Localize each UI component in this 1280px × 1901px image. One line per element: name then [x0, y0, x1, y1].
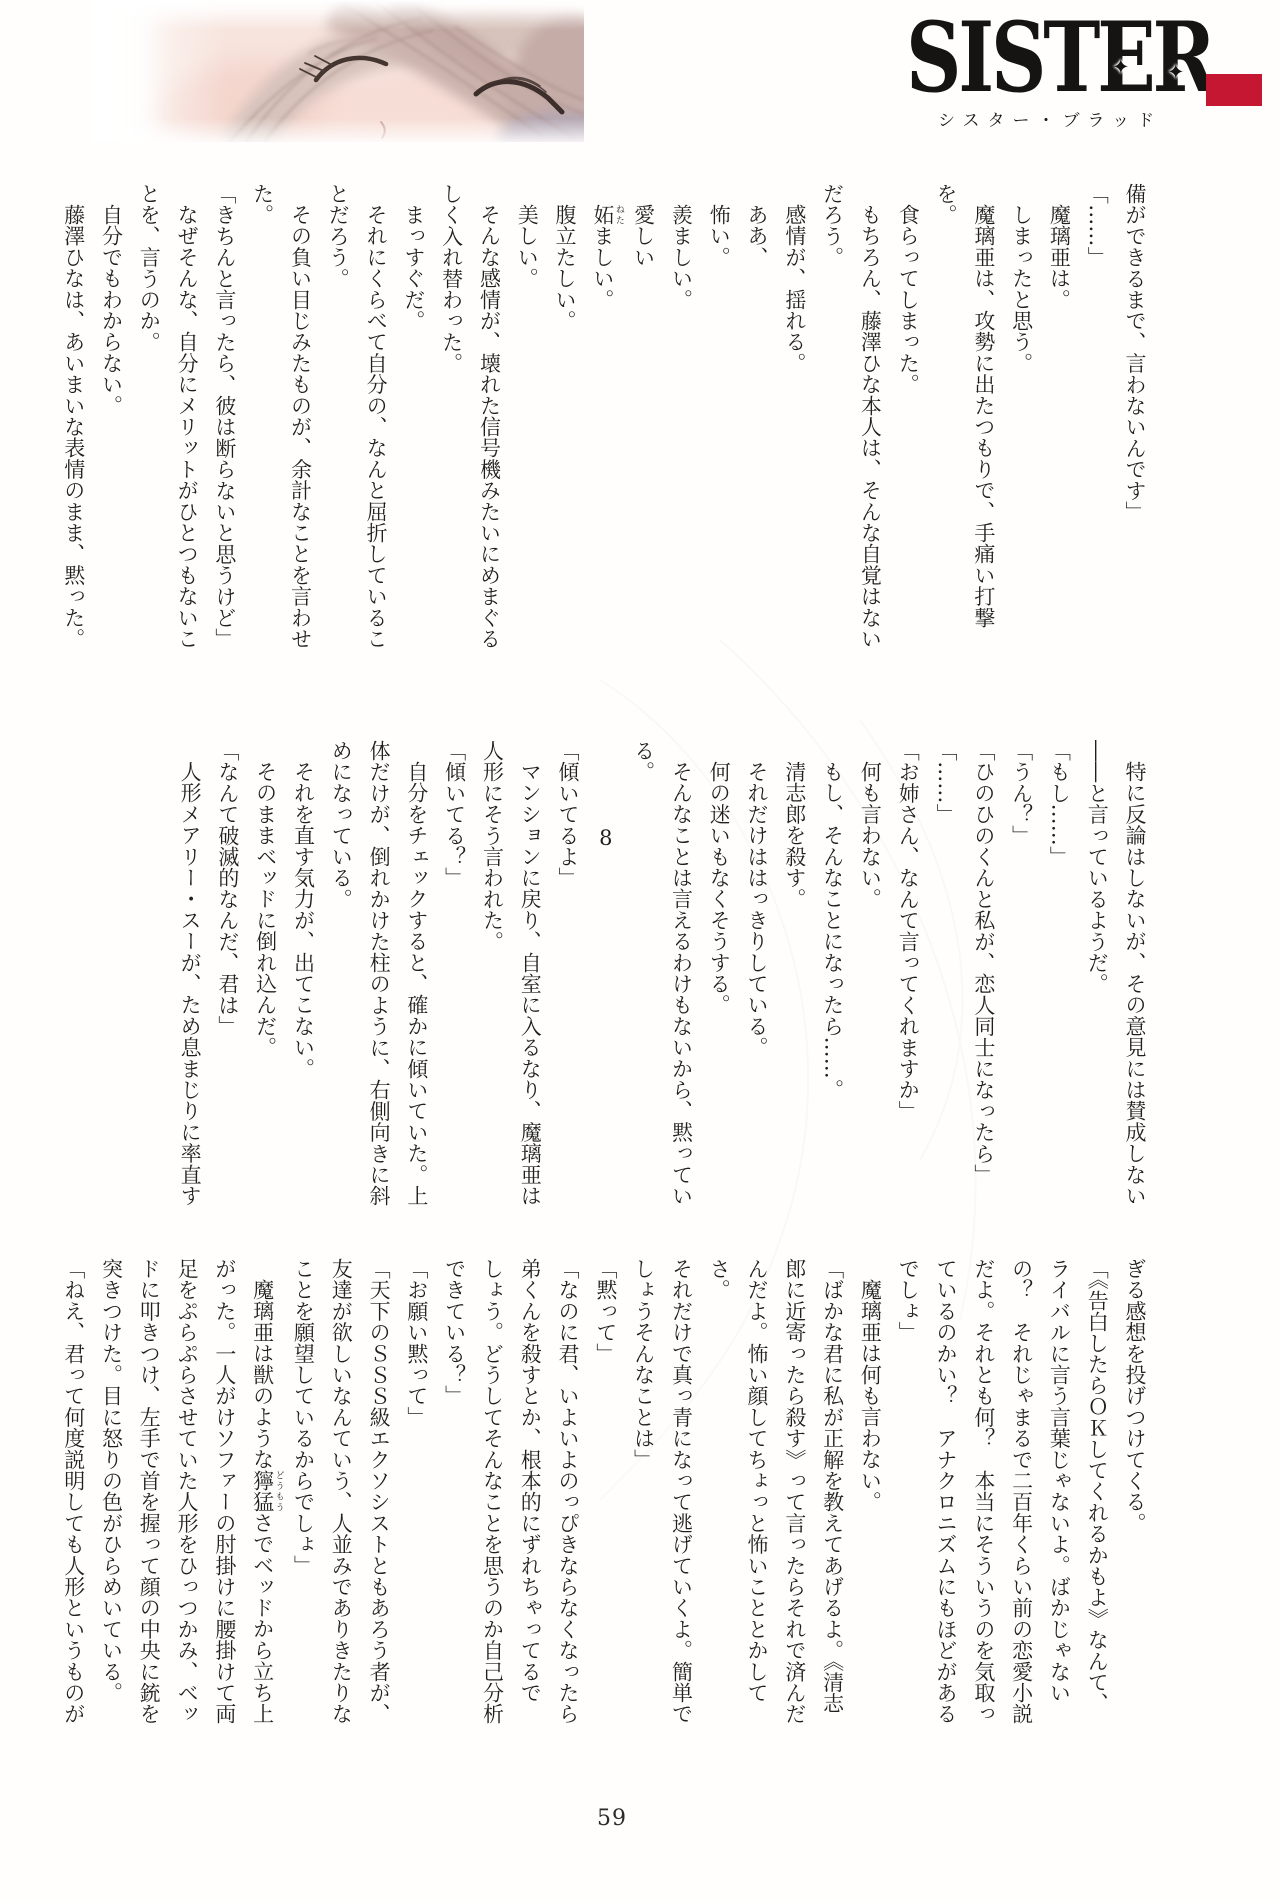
text-column: それを直す気力が、出てこない。 — [284, 740, 322, 1208]
text-column: 「きちんと言ったら、彼は断らないと思うけど」 — [205, 183, 243, 651]
text-column: ているのかい？ アナクロニズムにもほどがある — [926, 1258, 964, 1726]
text-column: 清志郎を殺す。 — [775, 740, 813, 1208]
text-column: 自分でもわからない。 — [92, 183, 130, 651]
sparkle-icon: ✦ — [1167, 62, 1185, 83]
text-column: 妬ねたましい。 — [583, 183, 624, 651]
text-column: がった。一人がけソファーの肘掛けに腰掛けて両 — [205, 1258, 243, 1726]
text-column: でしょ」 — [888, 1258, 926, 1726]
text-column: 「ひのひのくんと私が、恋人同士になったら」 — [964, 740, 1002, 1208]
text-column: 足をぷらぷらさせていた人形をひっつかみ、ベッ — [167, 1258, 205, 1726]
text-column: その負い目じみたものが、余計なことを言わせ — [281, 183, 319, 651]
sparkle-icon: ✦ — [1112, 57, 1130, 78]
text-column: の？ それじゃまるで二百年くらい前の恋愛小説 — [1002, 1258, 1040, 1726]
text-column: だろう。 — [813, 183, 851, 651]
section-number: 8 — [586, 740, 624, 1208]
text-column: 感情が、揺れる。 — [775, 183, 813, 651]
text-column: 腹立たしい。 — [545, 183, 583, 651]
text-column: 弟くんを殺すとか、根本的にずれちゃってるで — [510, 1258, 548, 1726]
text-column: しょうそんなことは」 — [624, 1258, 662, 1726]
text-column: 「《告白したらＯＫしてくれるかもよ》なんて、 — [1077, 1258, 1115, 1726]
text-column: 美しい。 — [507, 183, 545, 651]
text-column: 「……」 — [1077, 183, 1115, 651]
text-column: んだよ。怖い顔してちょっと怖いこととかしてさ。 — [699, 1258, 775, 1726]
text-column: しょう。どうしてそんなことを思うのか自己分析 — [473, 1258, 511, 1726]
text-column: 郎に近寄ったら殺す》って言ったらそれで済んだ — [775, 1258, 813, 1726]
closed-eyes-face-image — [92, 0, 584, 142]
text-column: できている？」 — [435, 1258, 473, 1726]
text-column: そんなことは言えるわけもないから、黙ってい — [662, 740, 700, 1208]
text-column: だよ。それとも何？ 本当にそういうのを気取っ — [964, 1258, 1002, 1726]
text-column: もちろん、藤澤ひな本人は、そんな自覚はない — [851, 183, 889, 651]
text-column: 「うん？」 — [1002, 740, 1040, 1208]
text-column: マンションに戻り、自室に入るなり、魔璃亜は — [510, 740, 548, 1208]
text-band-3: ぎる感想を投げつけてくる。「《告白したらＯＫしてくれるかもよ》なんて、ライバルに… — [54, 1258, 1153, 1726]
accent-block — [1206, 74, 1262, 106]
text-column: 人形メアリー・スーが、ため息まじりに率直す — [170, 740, 208, 1208]
text-column: 「なんて破滅的なんだ、君は」 — [208, 740, 246, 1208]
text-column: 怖い。 — [699, 183, 737, 651]
text-column: 自分をチェックすると、確かに傾いていた。上 — [397, 740, 435, 1208]
text-band-1: 備ができるまで、言わないんです」「……」魔璃亜は。しまったと思う。魔璃亜は、攻勢… — [54, 183, 1153, 651]
logo-subtitle: シスター・ブラッド — [938, 106, 1162, 131]
text-column: 「……」 — [926, 740, 964, 1208]
text-column: めになっている。 — [321, 740, 359, 1208]
text-column: 「なのに君、いよいよのっぴきならなくなったら — [548, 1258, 586, 1726]
text-column: 「ねえ、君って何度説明しても人形というものが — [54, 1258, 92, 1726]
text-column: 備ができるまで、言わないんです」 — [1115, 183, 1153, 651]
text-column: ドに叩きつけ、左手で首を握って顔の中央に銃を — [129, 1258, 167, 1726]
text-column: しく入れ替わった。 — [432, 183, 470, 651]
book-page: SISTER ✦ ✦ シスター・ブラッド 備ができるまで、言わないんです」「……… — [0, 0, 1280, 1901]
text-column: る。 — [624, 740, 662, 1208]
text-column: とだろう。 — [318, 183, 356, 651]
text-band-2: 特に反論はしないが、その意見には賛成しない――と言っているようだ。「もし……」「… — [170, 740, 1153, 1208]
text-column: 「傾いてるよ」 — [548, 740, 586, 1208]
text-column: 何の迷いもなくそうする。 — [699, 740, 737, 1208]
text-column: 「ばかな君に私が正解を教えてあげるよ。《清志 — [813, 1258, 851, 1726]
text-column: そんな感情が、壊れた信号機みたいにめまぐる — [470, 183, 508, 651]
page-number: 59 — [597, 1806, 627, 1831]
text-column: なぜそんな、自分にメリットがひとつもないこ — [167, 183, 205, 651]
text-column: それだけで真っ青になって逃げていくよ。簡単で — [662, 1258, 700, 1726]
text-column: た。 — [243, 183, 281, 651]
text-column: もし、そんなことになったら……。 — [813, 740, 851, 1208]
text-column: 突きつけた。目に怒りの色がひらめいている。 — [92, 1258, 130, 1726]
header-illustration — [92, 0, 584, 142]
text-column: 何も言わない。 — [851, 740, 889, 1208]
text-column: そのままベッドに倒れ込んだ。 — [246, 740, 284, 1208]
text-column: 人形にそう言われた。 — [473, 740, 511, 1208]
text-column: 食らってしまった。 — [888, 183, 926, 651]
text-column: とを、言うのか。 — [129, 183, 167, 651]
text-column: 特に反論はしないが、その意見には賛成しない — [1115, 740, 1153, 1208]
text-column: 愛しい — [624, 183, 662, 651]
text-column: それにくらべて自分の、なんと屈折しているこ — [356, 183, 394, 651]
text-column: 「黙って」 — [586, 1258, 624, 1726]
text-column: 魔璃亜は、攻勢に出たつもりで、手痛い打撃を。 — [926, 183, 1002, 651]
logo-sister: SISTER — [906, 10, 1213, 106]
text-column: しまったと思う。 — [1002, 183, 1040, 651]
text-column: 魔璃亜は何も言わない。 — [851, 1258, 889, 1726]
text-column: ああ、 — [737, 183, 775, 651]
text-column: 「天下のＳＳＳ級エクソシストともあろう者が、 — [359, 1258, 397, 1726]
text-column: ことを願望しているからでしょ」 — [284, 1258, 322, 1726]
text-column: 体だけが、倒れかけた柱のように、右側向きに斜 — [359, 740, 397, 1208]
text-column: まっすぐだ。 — [394, 183, 432, 651]
text-column: 魔璃亜は獣のような獰猛どうもうさでベッドから立ち上 — [243, 1258, 284, 1726]
text-column: ぎる感想を投げつけてくる。 — [1115, 1258, 1153, 1726]
text-column: それだけははっきりしている。 — [737, 740, 775, 1208]
text-column: 羨ましい。 — [662, 183, 700, 651]
text-column: 友達が欲しいなんていう、人並みでありきたりな — [321, 1258, 359, 1726]
text-column: ライバルに言う言葉じゃないよ。ばかじゃない — [1040, 1258, 1078, 1726]
text-column: ――と言っているようだ。 — [1077, 740, 1115, 1208]
text-column: 「お願い黙って」 — [397, 1258, 435, 1726]
text-column: 魔璃亜は。 — [1040, 183, 1078, 651]
text-column: 藤澤ひなは、あいまいな表情のまま、黙った。 — [54, 183, 92, 651]
text-column: 「もし……」 — [1040, 740, 1078, 1208]
text-column: 「お姉さん、なんて言ってくれますか」 — [888, 740, 926, 1208]
text-column: 「傾いてる？」 — [435, 740, 473, 1208]
